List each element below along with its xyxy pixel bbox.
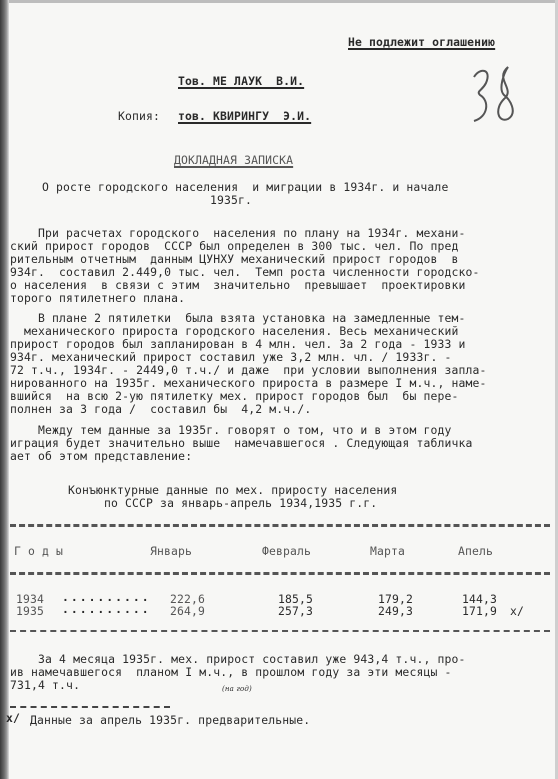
- copy-label: Копия:: [118, 110, 160, 123]
- table-caption-line-2: по СССР за январь-апрель 1934,1935 г.г.: [104, 497, 377, 510]
- footnote-text: Данные за апрель 1935г. предварительные.: [30, 714, 310, 727]
- restriction-stamp: Не подлежит оглашению: [348, 36, 495, 49]
- column-header-years: Г о д ы: [14, 545, 63, 558]
- cell-april: 171,9: [462, 605, 497, 618]
- footnote-marker: x/: [510, 605, 524, 618]
- table-bottom-rule: [10, 630, 550, 632]
- footnote-marker: x/: [6, 712, 20, 725]
- paragraph-line: полнен за 3 года / составил бы 4,2 м.ч./…: [10, 403, 311, 416]
- cell-february: 257,3: [278, 605, 313, 618]
- column-header-april: Апель: [458, 545, 493, 558]
- paragraph-line: 731,4 т.ч.: [10, 679, 80, 692]
- addressee: Тов. МЕ ЛАУК В.И.: [178, 75, 304, 88]
- column-header-march: Марта: [370, 545, 405, 558]
- cell-january: 264,9: [170, 605, 205, 618]
- paragraph-line: ает об этом представление:: [10, 450, 192, 463]
- leader-dots: ..........: [62, 603, 151, 616]
- handwritten-annotation: (на год): [222, 683, 252, 696]
- column-header-january: Январь: [150, 545, 192, 558]
- handwritten-page-number-38: [470, 65, 520, 127]
- table-top-rule: [10, 524, 550, 527]
- scan-binding-edge: [0, 0, 9, 779]
- subject-line-2: 1935г.: [210, 194, 252, 207]
- column-header-february: Февраль: [262, 545, 311, 558]
- scan-top-edge: [0, 0, 558, 3]
- footnote-rule: [10, 706, 170, 708]
- row-year: 1935: [16, 605, 44, 618]
- paragraph-line: торого пятилетнего плана.: [10, 292, 185, 305]
- document-type-title: ДОКЛАДНАЯ ЗАПИСКА: [174, 154, 293, 167]
- table-header-rule: [10, 572, 550, 575]
- copy-recipient: тов. КВИРИНГУ Э.И.: [178, 110, 311, 123]
- cell-march: 249,3: [378, 605, 413, 618]
